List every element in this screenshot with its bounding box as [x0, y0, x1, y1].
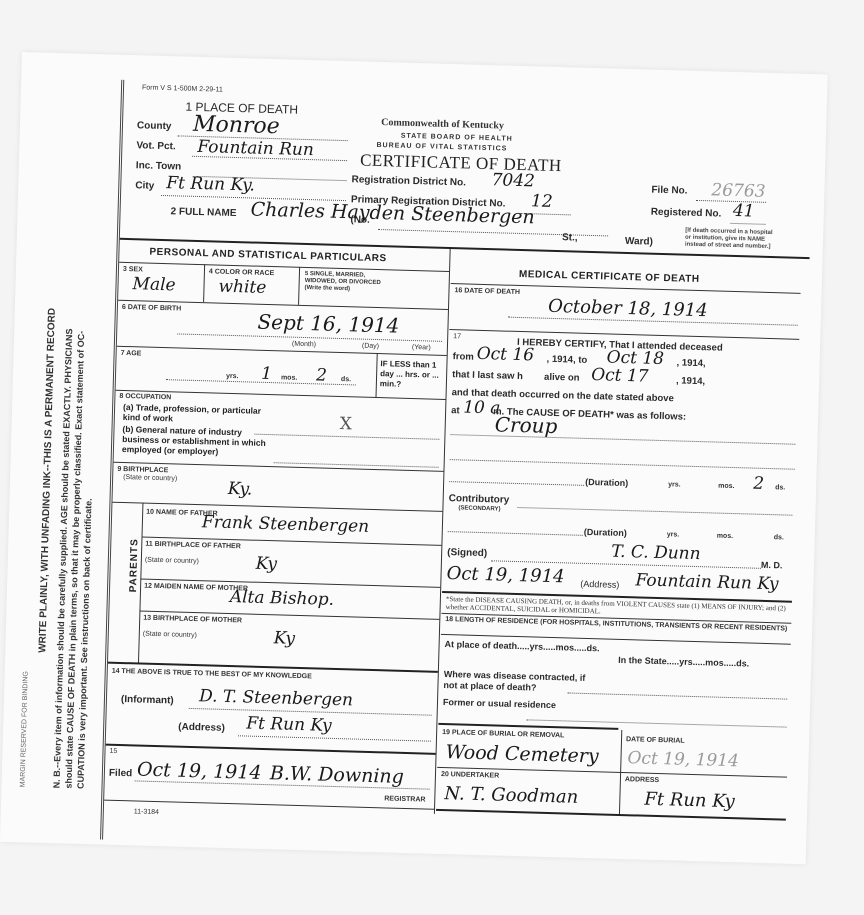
year-label: (Year): [412, 344, 431, 352]
hospital-note: [If death occurred in a hospital or inst…: [685, 228, 776, 252]
month-label: (Month): [292, 341, 316, 349]
sex-value: Male: [132, 274, 176, 295]
year3-text: , 1914,: [676, 375, 705, 387]
age-mos-label: mos.: [281, 374, 298, 381]
duration-ds-value: 2: [753, 474, 764, 494]
mother-birthplace-label: 13 BIRTHPLACE OF MOTHER: [143, 615, 242, 625]
commonwealth-heading: Commonwealth of Kentucky: [381, 117, 504, 131]
registrar-signature: B.W. Downing: [270, 762, 404, 788]
informant-address-label: (Address): [178, 722, 225, 734]
occupation-label: 8 OCCUPATION: [119, 393, 171, 401]
full-name-label: 2 FULL NAME: [170, 206, 236, 219]
undertaker-address-value: Ft Run Ky: [644, 789, 735, 813]
age-label: 7 AGE: [121, 350, 142, 358]
sig-address-value: Fountain Run Ky: [635, 570, 779, 594]
undertaker-address-label: ADDRESS: [625, 776, 659, 784]
duration-yrs-2: yrs.: [667, 531, 680, 538]
st-label: St.,: [562, 232, 578, 243]
age-mos-value: 1: [261, 364, 272, 384]
binding-note: MARGIN RESERVED FOR BINDING: [19, 671, 29, 787]
duration-ds-1: ds.: [775, 484, 785, 491]
occupation-b-label: (b) General nature of industry business …: [122, 424, 273, 458]
filed-number: 15: [109, 748, 117, 755]
birthplace-sub: (State or country): [123, 474, 177, 483]
mother-name-value: Alta Bishop.: [230, 587, 335, 610]
state-board-heading: STATE BOARD OF HEALTH: [401, 133, 513, 143]
filed-label: Filed: [109, 768, 133, 780]
alive-on-value: Oct 17: [591, 365, 649, 387]
personal-section-title: PERSONAL AND STATISTICAL PARTICULARS: [149, 247, 386, 265]
undertaker-value: N. T. Goodman: [444, 783, 578, 808]
informant-label: (Informant): [121, 694, 174, 706]
age-ds-value: 2: [316, 365, 327, 385]
city-value: Ft Run Ky.: [166, 173, 255, 195]
duration-label-1: (Duration): [585, 477, 628, 488]
father-birthplace-label: 11 BIRTHPLACE OF FATHER: [145, 541, 241, 551]
registered-no-label: Registered No.: [651, 207, 722, 220]
death-certificate: MARGIN RESERVED FOR BINDING WRITE PLAINL…: [0, 52, 828, 864]
secondary-label: (SECONDARY): [458, 505, 500, 512]
informant-heading: 14 THE ABOVE IS TRUE TO THE BEST OF MY K…: [112, 668, 312, 681]
alive-on-text: alive on: [544, 372, 580, 384]
former-residence-label: Former or usual residence: [443, 697, 563, 711]
write-plainly-note: WRITE PLAINLY, WITH UNFADING INK--THIS I…: [37, 308, 58, 653]
certify-number: 17: [453, 333, 461, 340]
informant-value: D. T. Steenbergen: [199, 686, 353, 710]
father-birthplace-value: Ky: [256, 554, 278, 575]
marital-label: 5 SINGLE, MARRIED, WIDOWED, OR DIVORCED …: [304, 271, 385, 294]
duration-label-2: (Duration): [584, 527, 627, 538]
birthplace-value: Ky.: [228, 479, 253, 500]
medical-section-title: MEDICAL CERTIFICATE OF DEATH: [519, 269, 700, 285]
at-place-of-death: At place of death.....yrs.....mos.....ds…: [444, 639, 624, 655]
signed-date: Oct 19, 1914: [446, 563, 564, 587]
registrar-label: REGISTRAR: [384, 795, 425, 803]
year2-text: , 1914,: [676, 357, 705, 369]
father-birthplace-sub: (State or country): [145, 557, 199, 566]
from-label: from: [453, 351, 474, 363]
last-saw-text: that I last saw h: [452, 369, 523, 382]
date-of-burial-value: Oct 19, 1914: [627, 748, 739, 771]
informant-address-value: Ft Run Ky: [246, 714, 332, 736]
ward-label: Ward): [625, 236, 653, 248]
vot-pct-label: Vot. Pct.: [136, 140, 176, 152]
age-ds-label: ds.: [341, 376, 351, 383]
form-code: Form V S 1-500M 2-29-11: [142, 84, 223, 93]
year1-text: , 1914, to: [546, 354, 587, 366]
dod-value: October 18, 1914: [548, 296, 708, 321]
mother-birthplace-sub: (State or country): [143, 631, 197, 640]
file-no-value: 26763: [711, 180, 766, 202]
where-contracted-label: Where was disease contracted, if not at …: [443, 669, 594, 695]
signed-label: (Signed): [447, 547, 487, 559]
contributory-label: Contributory: [449, 493, 510, 506]
duration-mos-1: mos.: [718, 483, 735, 490]
county-label: County: [137, 120, 172, 132]
occupation-a-value: X: [339, 414, 352, 434]
filed-date: Oct 19, 1914: [137, 758, 262, 783]
mother-birthplace-value: Ky: [273, 628, 295, 649]
registered-no-value: 41: [733, 201, 755, 222]
certificate-form: Form V S 1-500M 2-29-11 1 PLACE OF DEATH…: [100, 80, 814, 859]
dod-label: 16 DATE OF DEATH: [454, 287, 520, 296]
file-no-label: File No.: [651, 185, 687, 197]
inc-town-label: Inc. Town: [136, 160, 182, 172]
color-value: white: [218, 277, 266, 298]
date-of-burial-label: DATE OF BURIAL: [626, 736, 685, 745]
duration-ds-2: ds.: [774, 534, 784, 541]
parents-label: PARENTS: [128, 538, 141, 592]
occupation-a-label: (a) Trade, profession, or particular kin…: [123, 402, 264, 426]
at-label: at: [451, 405, 460, 416]
duration-mos-2: mos.: [717, 533, 734, 540]
physician-signature: T. C. Dunn: [611, 542, 701, 564]
duration-yrs-1: yrs.: [668, 481, 681, 488]
reg-district-label: Registration District No.: [351, 174, 466, 188]
day-label: (Day): [362, 343, 379, 350]
from-value: Oct 16: [476, 344, 534, 366]
city-label: City: [135, 180, 154, 192]
father-name-value: Frank Steenbergen: [202, 512, 370, 537]
undertaker-label: 20 UNDERTAKER: [441, 771, 499, 780]
sex-label: 3 SEX: [123, 266, 143, 274]
birthplace-label: 9 BIRTHPLACE: [117, 466, 168, 474]
sig-address-label: (Address): [580, 579, 619, 590]
vot-pct-value: Fountain Run: [197, 137, 314, 160]
dob-label: 6 DATE OF BIRTH: [122, 304, 182, 313]
county-value: Monroe: [193, 112, 280, 139]
reg-district-value: 7042: [491, 170, 535, 191]
form-number: 11-3184: [134, 808, 159, 816]
binding-margin: MARGIN RESERVED FOR BINDING WRITE PLAINL…: [0, 52, 117, 844]
burial-place-value: Wood Cemetery: [445, 741, 599, 767]
in-the-state: In the State.....yrs.....mos.....ds.: [618, 655, 749, 669]
less-than-day-label: IF LESS than 1 day ... hrs. or ... min.?: [380, 359, 443, 391]
age-yrs-label: yrs.: [226, 373, 239, 380]
burial-place-label: 19 PLACE OF BURIAL OR REMOVAL: [442, 729, 564, 739]
cause-of-death-value: Croup: [494, 412, 557, 438]
dob-value: Sept 16, 1914: [257, 310, 399, 338]
md-label: M. D.: [761, 560, 783, 571]
